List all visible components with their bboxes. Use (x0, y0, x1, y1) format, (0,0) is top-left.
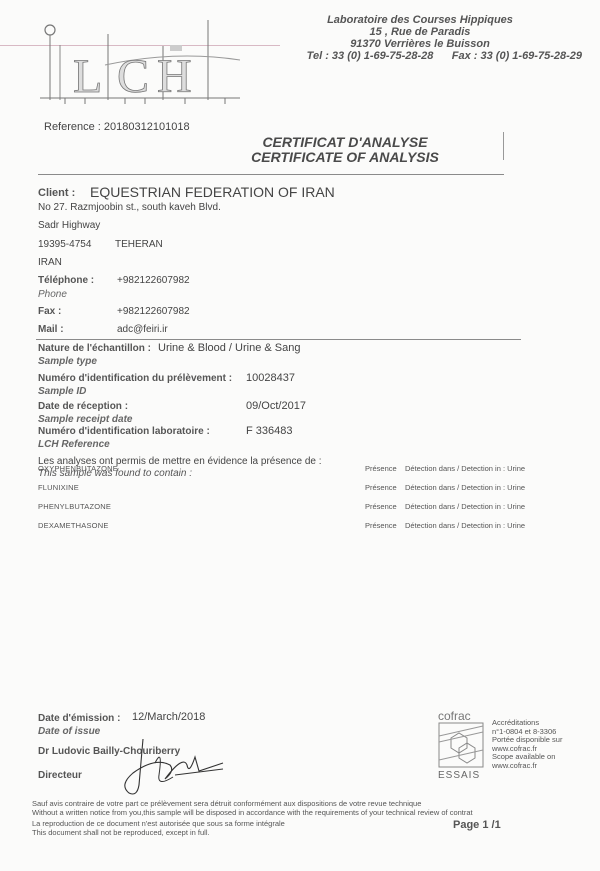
lab-id-label-en: LCH Reference (38, 439, 110, 450)
receipt-date-label: Date de réception : (38, 401, 128, 412)
sample-type-label: Nature de l'échantillon : (38, 343, 151, 354)
signature (115, 735, 225, 800)
client-country: IRAN (38, 257, 62, 268)
client-divider (36, 339, 521, 340)
result-substance: DEXAMETHASONE (38, 521, 109, 530)
lab-street: 15 , Rue de Paradis (260, 26, 580, 38)
result-status: Présence (365, 502, 397, 511)
receipt-date-label-en: Sample receipt date (38, 414, 132, 425)
page-title: CERTIFICAT D'ANALYSE CERTIFICATE OF ANAL… (180, 135, 510, 165)
lch-logo: L C H (35, 20, 245, 110)
mail-value: adc@feiri.ir (117, 324, 168, 335)
disposal-en: Without a written notice from you,this s… (32, 808, 473, 817)
lab-contact: Tel : 33 (0) 1-69-75-28-28 Fax : 33 (0) … (260, 50, 582, 62)
lab-tel: Tel : 33 (0) 1-69-75-28-28 (307, 50, 434, 62)
result-status: Présence (365, 464, 397, 473)
repro-fr: La reproduction de ce document n'est aut… (32, 819, 285, 828)
phone-value: +982122607982 (117, 275, 190, 286)
issue-date-label-en: Date of issue (38, 726, 100, 737)
sample-type-value: Urine & Blood / Urine & Sang (158, 342, 300, 354)
result-substance: FLUNIXINE (38, 483, 79, 492)
lab-name: Laboratoire des Courses Hippiques (260, 14, 580, 26)
cofrac-logo: cofrac ESSAIS (437, 708, 487, 780)
svg-text:H: H (157, 50, 192, 103)
page-number: Page 1 /1 (453, 819, 501, 831)
sample-type-label-en: Sample type (38, 356, 97, 367)
client-address-2: Sadr Highway (38, 220, 100, 231)
client-postal: 19395-4754 (38, 239, 91, 250)
cofrac-essais: ESSAIS (438, 770, 480, 780)
reference-number: Reference : 20180312101018 (44, 121, 190, 133)
lab-id-label: Numéro d'identification laboratoire : (38, 426, 210, 437)
cofrac-link: www.cofrac.fr (492, 762, 562, 771)
result-detection: Détection dans / Detection in : Urine (405, 502, 525, 511)
client-label: Client : (38, 187, 75, 199)
result-detection: Détection dans / Detection in : Urine (405, 521, 525, 530)
phone-label: Téléphone : (38, 275, 94, 286)
sample-id-label-en: Sample ID (38, 386, 86, 397)
footer-reproduction: La reproduction de ce document n'est aut… (32, 819, 285, 837)
title-divider (38, 174, 504, 175)
phone-label-en: Phone (38, 289, 67, 300)
svg-text:C: C (117, 50, 149, 103)
lab-city: 91370 Verrières le Buisson (260, 38, 580, 50)
result-status: Présence (365, 521, 397, 530)
mail-label: Mail : (38, 324, 64, 335)
fax-value: +982122607982 (117, 306, 190, 317)
lab-id-value: F 336483 (246, 425, 292, 437)
result-detection: Détection dans / Detection in : Urine (405, 464, 525, 473)
title-fr: CERTIFICAT D'ANALYSE (180, 135, 510, 150)
result-substance: PHENYLBUTAZONE (38, 502, 111, 511)
result-status: Présence (365, 483, 397, 492)
result-detection: Détection dans / Detection in : Urine (405, 483, 525, 492)
svg-text:L: L (73, 50, 102, 103)
lab-address: Laboratoire des Courses Hippiques 15 , R… (260, 14, 580, 62)
repro-en: This document shall not be reproduced, e… (32, 828, 285, 837)
client-city: TEHERAN (115, 239, 163, 250)
signatory-role: Directeur (38, 770, 82, 781)
title-en: CERTIFICATE OF ANALYSIS (180, 150, 510, 165)
fax-label: Fax : (38, 306, 61, 317)
client-name: EQUESTRIAN FEDERATION OF IRAN (90, 184, 335, 200)
sample-id-label: Numéro d'identification du prélèvement : (38, 373, 232, 384)
result-substance: OXYPHENBUTAZONE (38, 464, 118, 473)
cofrac-accreditation: Accréditations n°1-0804 et 8-3306 Portée… (492, 719, 562, 770)
receipt-date-value: 09/Oct/2017 (246, 400, 306, 412)
sample-id-value: 10028437 (246, 372, 295, 384)
issue-date-value: 12/March/2018 (132, 711, 205, 723)
cofrac-brand: cofrac (438, 709, 471, 723)
lab-fax: Fax : 33 (0) 1-69-75-28-29 (452, 50, 582, 62)
client-address-1: No 27. Razmjoobin st., south kaveh Blvd. (38, 202, 221, 213)
title-box-edge (503, 132, 504, 160)
issue-date-label: Date d'émission : (38, 713, 120, 724)
disposal-fr: Sauf avis contraire de votre part ce pré… (32, 799, 473, 808)
footer-disposal: Sauf avis contraire de votre part ce pré… (32, 799, 473, 817)
